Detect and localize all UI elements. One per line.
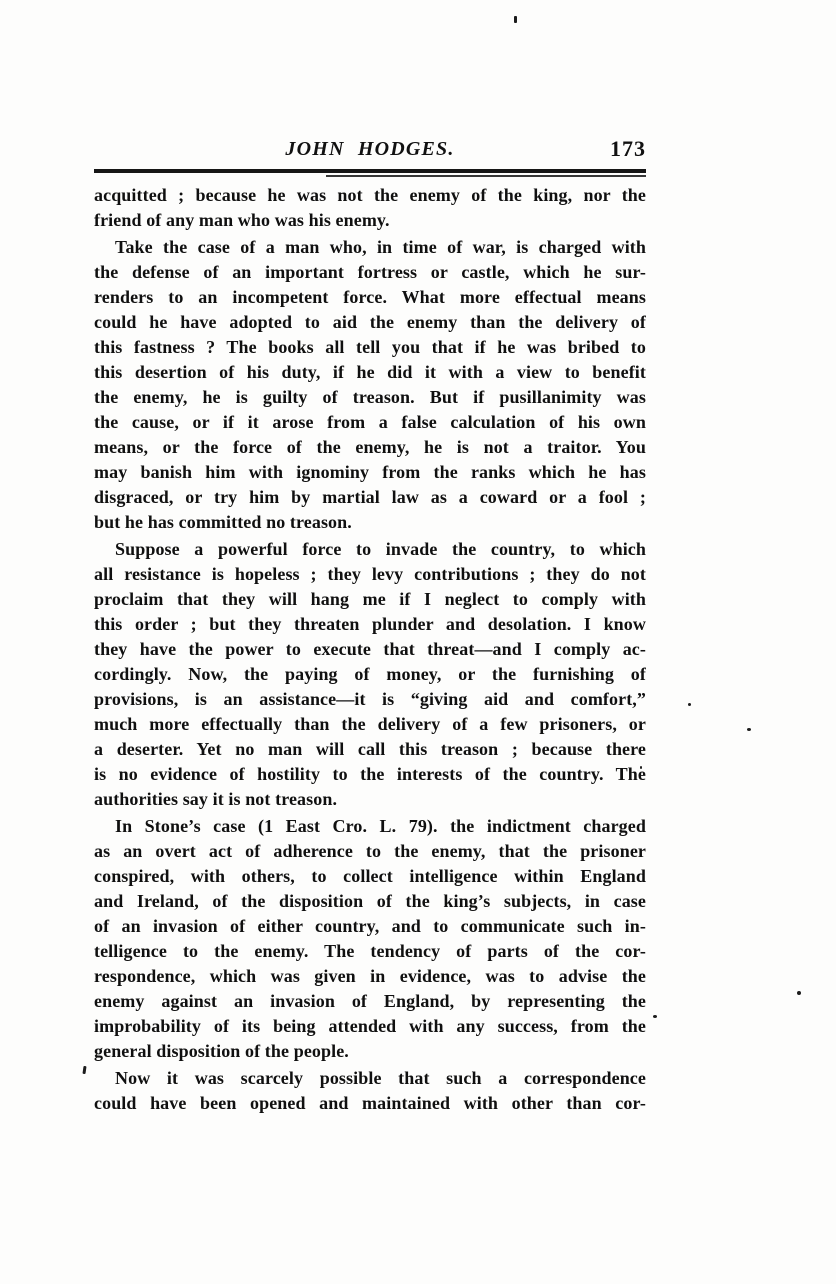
text-line: could have been opened and maintained wi…	[94, 1091, 646, 1116]
text-line: is no evidence of hostility to the inter…	[94, 762, 646, 787]
text-line: friend of any man who was his enemy.	[94, 208, 646, 233]
text-line: renders to an incompetent force. What mo…	[94, 285, 646, 310]
text-line: conspired, with others, to collect intel…	[94, 864, 646, 889]
text-line: Take the case of a man who, in time of w…	[94, 235, 646, 260]
text-line: of an invasion of either country, and to…	[94, 914, 646, 939]
scan-speck	[747, 728, 751, 731]
page-body: acquitted ; because he was not the enemy…	[94, 183, 646, 1116]
text-line: authorities say it is not treason.	[94, 787, 646, 812]
scan-speck	[82, 1066, 86, 1074]
text-line: could he have adopted to aid the enemy t…	[94, 310, 646, 335]
text-line: this fastness ? The books all tell you t…	[94, 335, 646, 360]
page-header: JOHN HODGES. 173	[94, 136, 646, 164]
text-line: improbability of its being attended with…	[94, 1014, 646, 1039]
scan-speck	[653, 1015, 657, 1018]
paragraph: Take the case of a man who, in time of w…	[94, 235, 646, 535]
text-line: Suppose a powerful force to invade the c…	[94, 537, 646, 562]
text-line: this desertion of his duty, if he did it…	[94, 360, 646, 385]
text-line: acquitted ; because he was not the enemy…	[94, 183, 646, 208]
scan-speck	[688, 703, 691, 706]
text-line: general disposition of the people.	[94, 1039, 646, 1064]
text-line: respondence, which was given in evidence…	[94, 964, 646, 989]
scan-speck	[514, 16, 517, 23]
text-line: enemy against an invasion of England, by…	[94, 989, 646, 1014]
text-line: may banish him with ignominy from the ra…	[94, 460, 646, 485]
paragraph: Now it was scarcely possible that such a…	[94, 1066, 646, 1116]
text-line: the defense of an important fortress or …	[94, 260, 646, 285]
text-line: much more effectually than the delivery …	[94, 712, 646, 737]
text-line: In Stone’s case (1 East Cro. L. 79). the…	[94, 814, 646, 839]
text-line: they have the power to execute that thre…	[94, 637, 646, 662]
book-page: JOHN HODGES. 173 acquitted ; because he …	[0, 0, 836, 1284]
paragraph: In Stone’s case (1 East Cro. L. 79). the…	[94, 814, 646, 1064]
text-line: but he has committed no treason.	[94, 510, 646, 535]
page-number: 173	[610, 136, 646, 162]
text-line: the cause, or if it arose from a false c…	[94, 410, 646, 435]
text-line: disgraced, or try him by martial law as …	[94, 485, 646, 510]
scan-speck	[797, 991, 801, 995]
text-line: cordingly. Now, the paying of money, or …	[94, 662, 646, 687]
text-line: telligence to the enemy. The tendency of…	[94, 939, 646, 964]
text-line: as an overt act of adherence to the enem…	[94, 839, 646, 864]
text-line: and Ireland, of the disposition of the k…	[94, 889, 646, 914]
text-line: this order ; but they threaten plunder a…	[94, 612, 646, 637]
text-line: means, or the force of the enemy, he is …	[94, 435, 646, 460]
text-line: the enemy, he is guilty of treason. But …	[94, 385, 646, 410]
text-line: provisions, is an assistance—it is “givi…	[94, 687, 646, 712]
text-line: Now it was scarcely possible that such a…	[94, 1066, 646, 1091]
running-title: JOHN HODGES.	[94, 138, 646, 161]
paragraph: Suppose a powerful force to invade the c…	[94, 537, 646, 812]
text-line: a deserter. Yet no man will call this tr…	[94, 737, 646, 762]
header-rule	[94, 169, 646, 173]
text-line: proclaim that they will hang me if I neg…	[94, 587, 646, 612]
paragraph: acquitted ; because he was not the enemy…	[94, 183, 646, 233]
text-line: all resistance is hopeless ; they levy c…	[94, 562, 646, 587]
